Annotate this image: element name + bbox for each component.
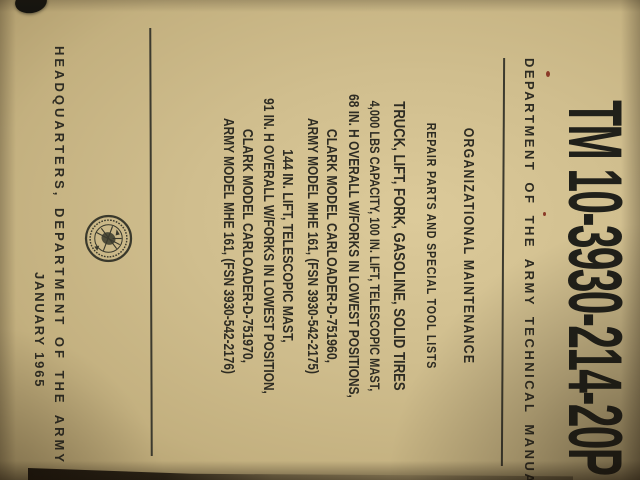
title-line: ARMY MODEL MHE 161, (FSN 3930-542-2176) [220, 49, 236, 443]
photo-of-manual-cover: TM 10-3930-214-20P DEPARTMENT OF THE ARM… [0, 0, 640, 480]
title-line: CLARK MODEL CARLOADER-D-751960, [323, 49, 340, 443]
headquarters-line: HEADQUARTERS, DEPARTMENT OF THE ARMY [52, 46, 67, 432]
title-line: REPAIR PARTS AND SPECIAL TOOL LISTS [424, 49, 439, 443]
title-line: 144 IN. LIFT, TELESCOPIC MAST, [279, 49, 296, 443]
title-line: ORGANIZATIONAL MAINTENANCE [460, 49, 477, 443]
title-line: ARMY MODEL MHE 161, (FSN 3930-542-2175) [304, 49, 320, 443]
title-line: 91 IN. H OVERALL W/FORKS IN LOWEST POSIT… [260, 49, 276, 443]
paper-speck [543, 212, 546, 216]
title-line: CLARK MODEL CARLOADER-D-751970, [239, 49, 256, 443]
manual-cover: TM 10-3930-214-20P DEPARTMENT OF THE ARM… [0, 0, 640, 480]
paper-speck [546, 71, 550, 77]
title-line: 68 IN. H OVERALL W/FORKS IN LOWEST POSIT… [345, 49, 361, 443]
title-line: TRUCK, LIFT, FORK, GASOLINE, SOLID TIRES [389, 49, 407, 443]
army-seal-icon [84, 214, 133, 263]
title-line: 4,000 LBS CAPACITY, 100 IN. LIFT, TELESC… [367, 49, 382, 443]
date-line: JANUARY 1965 [32, 272, 47, 388]
